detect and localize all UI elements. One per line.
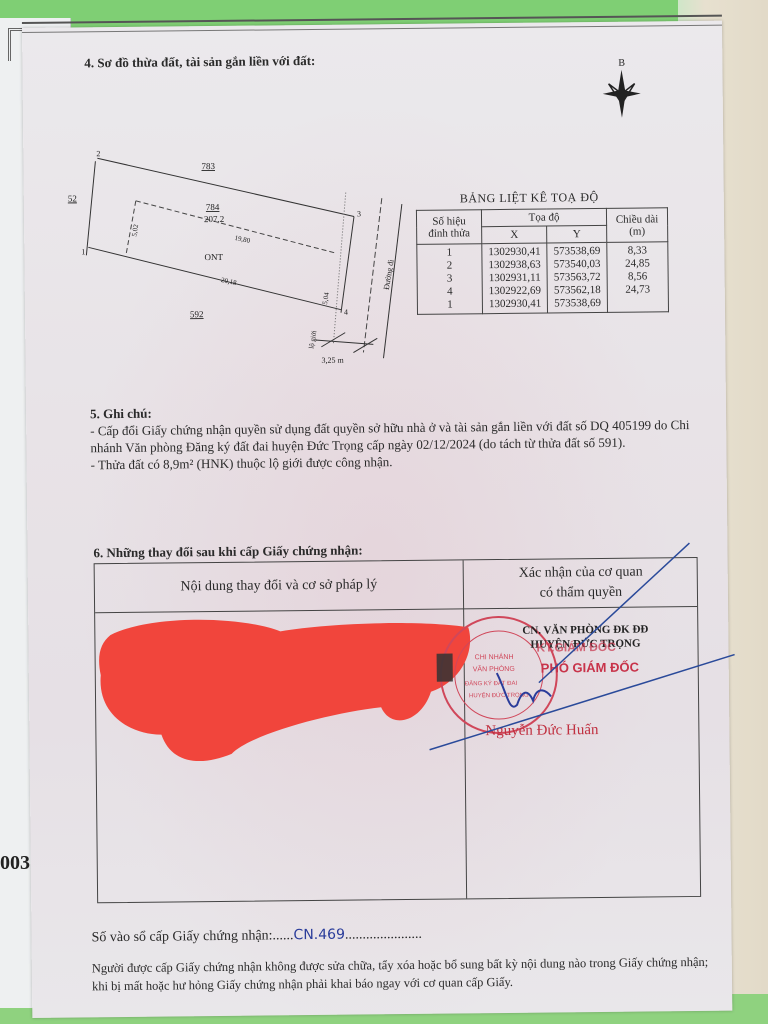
x-column: 1302930,41 1302938,63 1302931,11 1302922…	[482, 243, 548, 314]
coord-table-title: BẢNG LIỆT KÊ TOẠ ĐỘ	[460, 190, 599, 206]
section4-title: 4. Sơ đồ thừa đất, tài sản gắn liền với …	[84, 53, 315, 71]
svg-text:592: 592	[190, 309, 204, 319]
svg-text:B: B	[618, 58, 625, 69]
header-coords: Tọa độ	[481, 208, 606, 226]
warning-text: Người được cấp Giấy chứng nhận không đượ…	[92, 953, 712, 995]
svg-text:52: 52	[68, 193, 77, 203]
svg-text:5,02: 5,02	[130, 223, 140, 237]
svg-text:784: 784	[206, 202, 220, 212]
svg-text:5,04: 5,04	[321, 291, 331, 305]
svg-text:ONT: ONT	[204, 252, 223, 262]
vertex-column: 1 2 3 4 1	[417, 244, 483, 315]
header-length: Chiều dài (m)	[606, 208, 667, 243]
register-number: CN.469	[293, 927, 345, 944]
register-label: Số vào sổ cấp Giấy chứng nhận:	[91, 928, 272, 945]
notes-section: 5. Ghi chú: - Cấp đổi Giấy chứng nhận qu…	[90, 399, 721, 474]
parcel-diagram: 2 1 3 4 783 52 592 784 207,2 ONT 19,80 5…	[63, 134, 405, 368]
svg-text:3: 3	[357, 209, 361, 218]
svg-text:1: 1	[81, 247, 85, 256]
register-number-line: Số vào sổ cấp Giấy chứng nhận:......CN.4…	[91, 926, 422, 946]
north-arrow-icon: B	[596, 55, 647, 126]
length-column: 8,33 24,85 8,56 24,73	[607, 242, 669, 313]
svg-text:3,25 m: 3,25 m	[321, 356, 344, 365]
page-border	[22, 15, 722, 33]
svg-text:20,18: 20,18	[220, 276, 238, 287]
header-y: Y	[547, 225, 607, 243]
header-vertex: Số hiệu đỉnh thửa	[416, 210, 481, 245]
side-sheet-number: 003	[0, 852, 30, 875]
svg-text:2: 2	[96, 149, 100, 158]
svg-text:4: 4	[344, 308, 348, 317]
certificate-page: 4. Sơ đồ thừa đất, tài sản gắn liền với …	[22, 21, 732, 1018]
svg-text:19,80: 19,80	[234, 234, 252, 245]
signature-strokes	[417, 541, 739, 764]
header-x: X	[482, 226, 547, 244]
section6-title: 6. Những thay đổi sau khi cấp Giấy chứng…	[93, 542, 362, 561]
redaction-blob	[90, 611, 472, 765]
svg-text:783: 783	[201, 161, 215, 171]
y-column: 573538,69 573540,03 573563,72 573562,18 …	[547, 242, 607, 313]
coordinate-table: Số hiệu đỉnh thửa Tọa độ Chiều dài (m) X…	[416, 207, 669, 315]
svg-text:207,2: 207,2	[204, 214, 224, 224]
svg-text:lộ giới: lộ giới	[307, 330, 318, 349]
